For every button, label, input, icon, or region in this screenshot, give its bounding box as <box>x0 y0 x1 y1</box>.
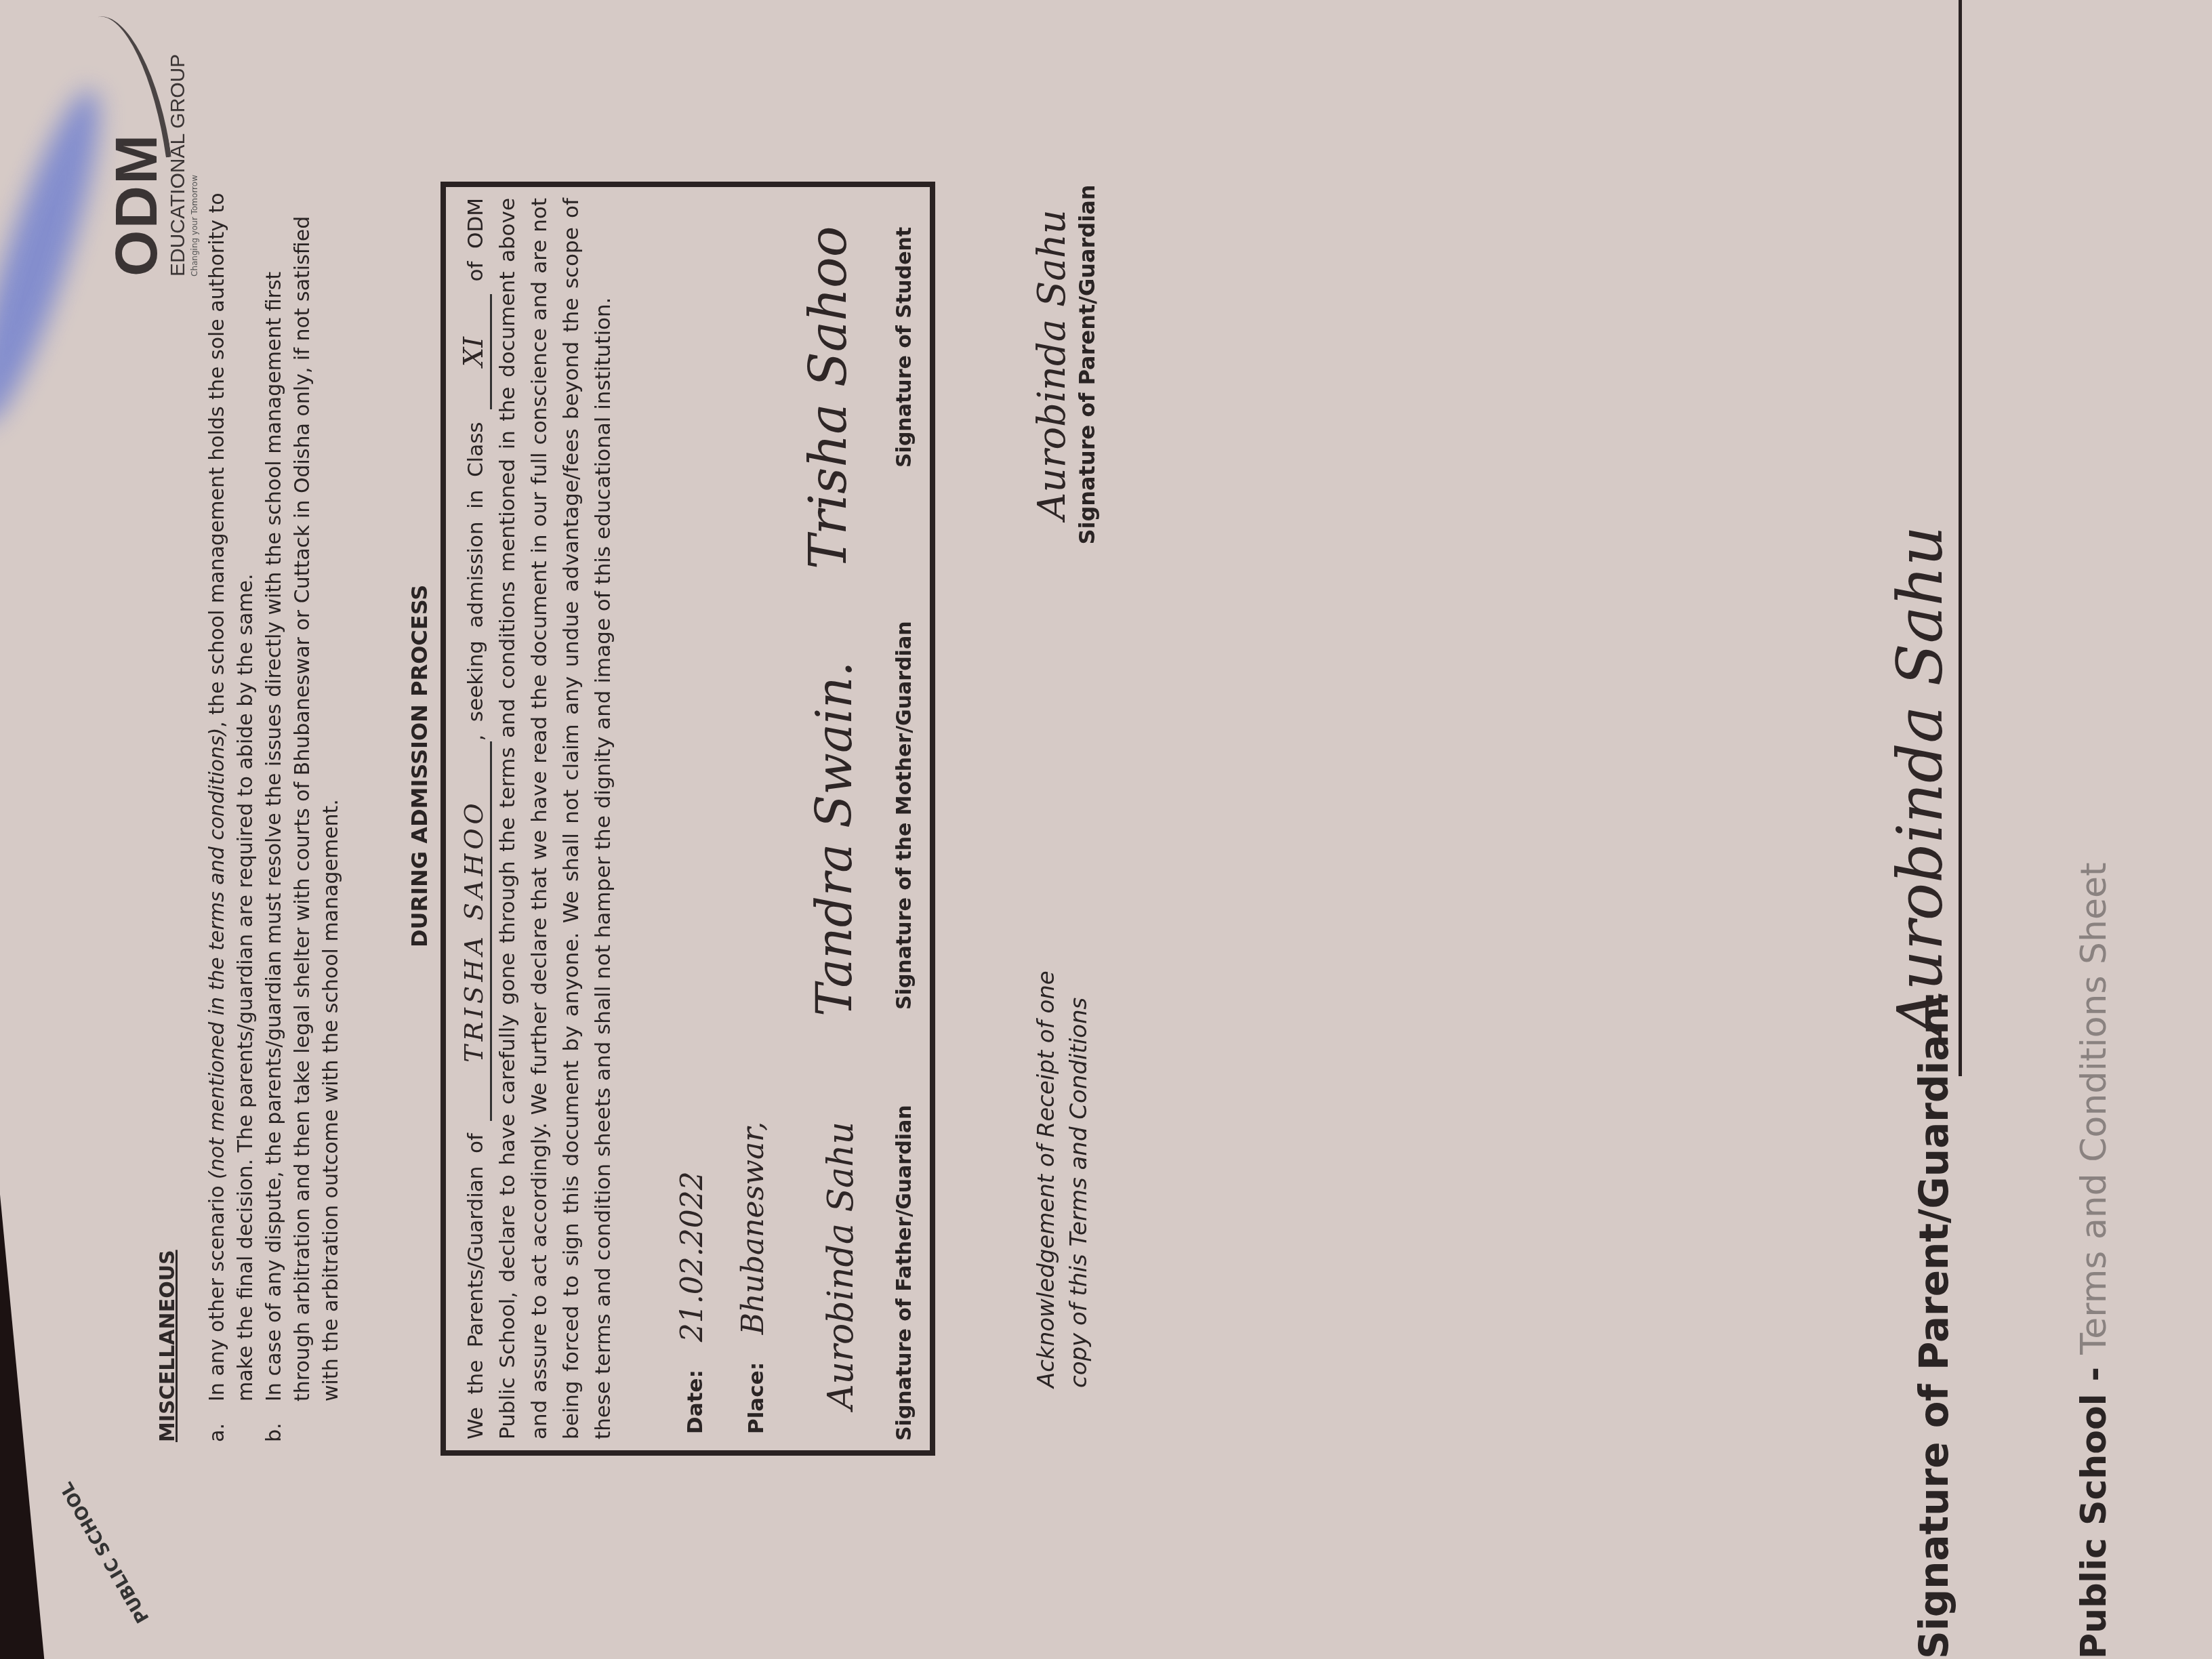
clause-text: In any other scenario (not mentioned in … <box>203 188 260 1401</box>
clause-text: In case of any dispute, the parents/guar… <box>260 188 346 1401</box>
miscellaneous-heading: MISCELLANEOUS <box>156 1250 180 1442</box>
place-row: Place: Bhubaneswar, <box>737 1122 773 1434</box>
father-signature[interactable]: Aurobinda Sahu <box>825 1122 857 1410</box>
declaration-text-part: We the Parents/Guardian of <box>464 1133 488 1439</box>
declaration-text: We the Parents/Guardian of TRISHA SAHOO,… <box>458 198 619 1439</box>
declaration-heading: DURING ADMISSION PROCESS <box>407 337 432 947</box>
page-signature[interactable]: Aurobinda Sahu <box>1884 526 1957 1036</box>
clause-marker: a. <box>203 1401 260 1442</box>
declaration-text-part: , seeking admission in Class <box>464 422 488 741</box>
acknowledgement-signature-label: Signature of Parent/Guardian <box>1074 184 1100 544</box>
clause-marker: b. <box>260 1401 346 1442</box>
footer-school: Public School - <box>2074 1355 2114 1659</box>
page-signature-line <box>1959 0 1962 1076</box>
logo-sub-text: EDUCATIONAL GROUP <box>167 5 190 276</box>
student-signature[interactable]: Trisha Sahoo <box>812 226 844 569</box>
footer-sheet-title: Terms and Conditions Sheet <box>2074 863 2114 1355</box>
acknowledgement-signature-block: Aurobinda Sahu Signature of Parent/Guard… <box>1030 127 1100 602</box>
clause-text-part: In any other scenario <box>205 1179 229 1401</box>
father-signature-label: Signature of Father/Guardian <box>888 1105 920 1441</box>
miscellaneous-clauses: a. In any other scenario (not mentioned … <box>203 188 346 1442</box>
clause-a: a. In any other scenario (not mentioned … <box>203 188 260 1442</box>
document-page: PUBLIC SCHOOL ODM EDUCATIONAL GROUP Chan… <box>0 0 2212 1659</box>
mother-signature[interactable]: Tandra Swain. <box>819 661 851 1017</box>
mother-signature-label: Signature of the Mother/Guardian <box>888 621 920 1010</box>
place-label: Place: <box>744 1362 769 1434</box>
page-signature-label: Signature of Parent/Guardian: <box>1911 991 1957 1659</box>
date-row: Date: 21.02.2022 <box>676 1171 712 1434</box>
logo-tagline: Changing your Tomorrow <box>190 5 199 276</box>
acknowledgement-text: Acknowledgement of Receipt of one copy o… <box>1030 914 1095 1388</box>
page-footer: Public School - Terms and Conditions She… <box>2074 863 2114 1659</box>
odm-group-logo: ODM EDUCATIONAL GROUP Changing your Tomo… <box>102 5 217 276</box>
student-name-field[interactable]: TRISHA SAHOO <box>458 741 492 1121</box>
date-field[interactable]: 21.02.2022 <box>675 1171 710 1342</box>
place-field[interactable]: Bhubaneswar, <box>736 1122 771 1334</box>
date-label: Date: <box>683 1370 708 1434</box>
class-field[interactable]: XI <box>458 294 492 409</box>
declaration-box: We the Parents/Guardian of TRISHA SAHOO,… <box>441 182 935 1456</box>
acknowledgement-signature[interactable]: Aurobinda Sahu <box>1030 127 1074 602</box>
clause-b: b. In case of any dispute, the parents/g… <box>260 188 346 1442</box>
student-signature-label: Signature of Student <box>888 227 920 468</box>
clause-text-italic: (not mentioned in the terms and conditio… <box>205 728 229 1179</box>
